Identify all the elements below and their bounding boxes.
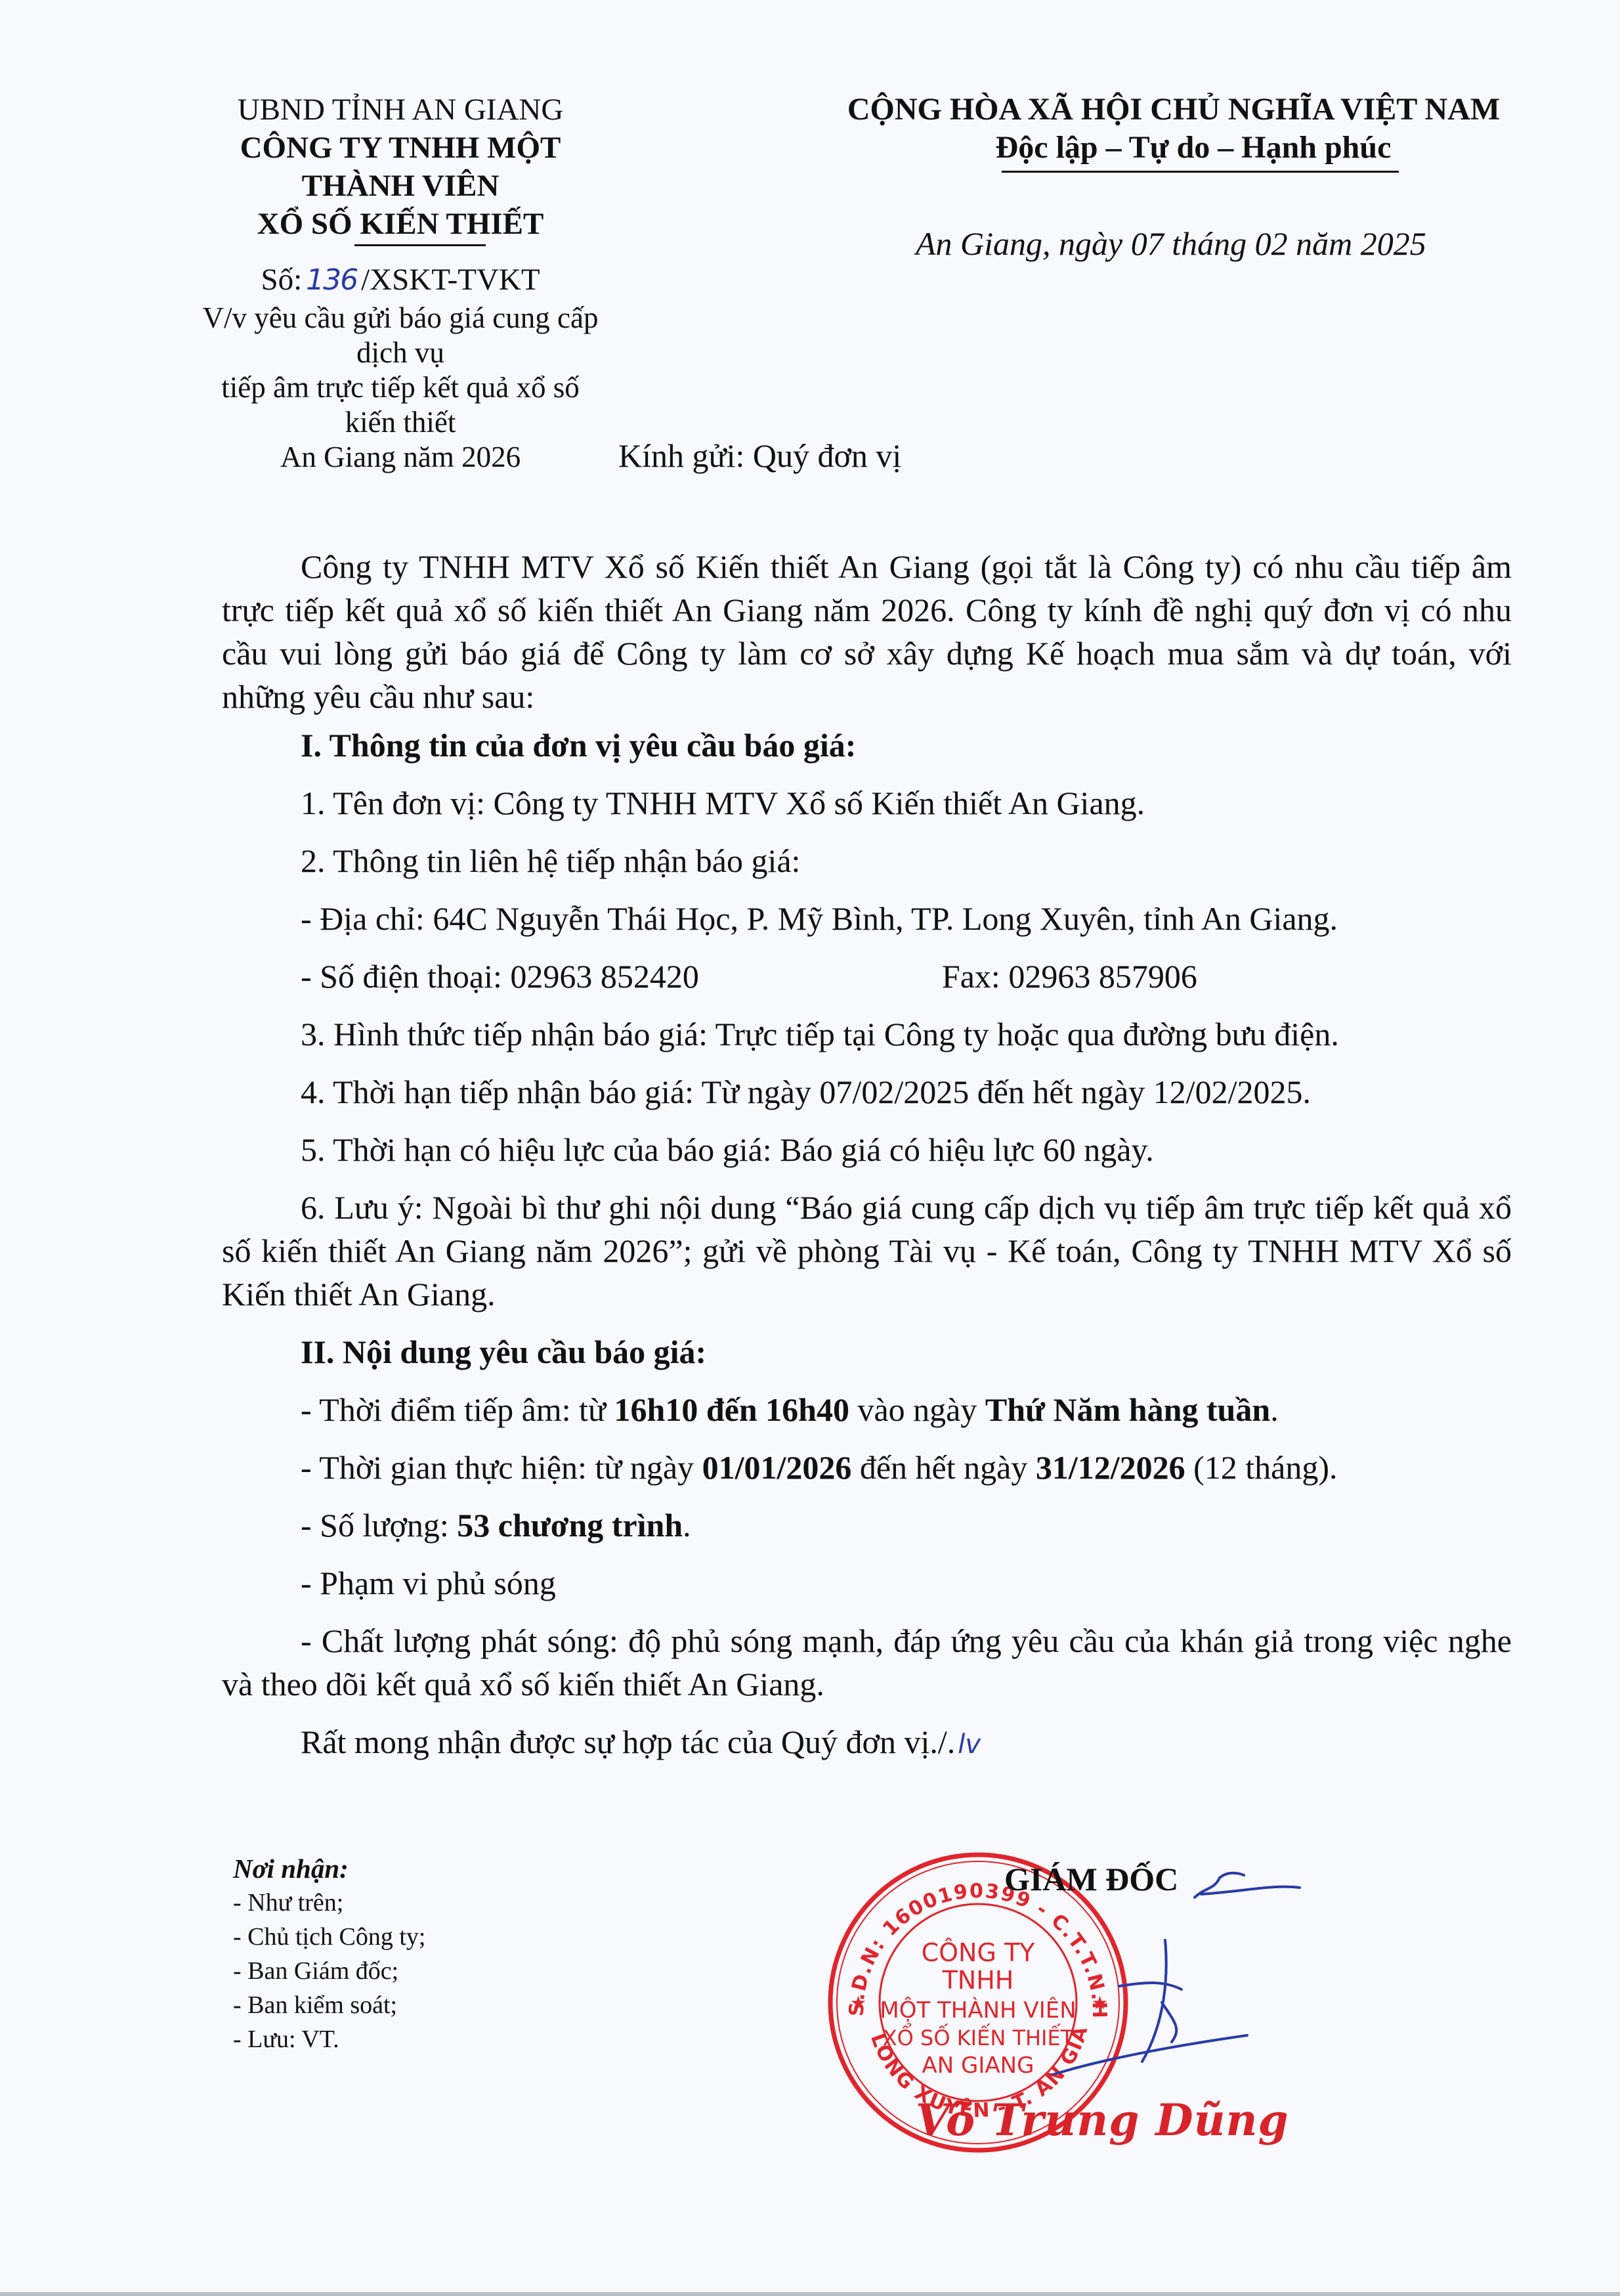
text: đến hết ngày <box>851 1449 1035 1486</box>
subject-line: tiếp âm trực tiếp kết quả xổ số kiến thi… <box>197 370 604 440</box>
document-page: UBND TỈNH AN GIANG CÔNG TY TNHH MỘT THÀN… <box>0 0 1620 2296</box>
motto-underline <box>1002 171 1399 173</box>
svg-text:★: ★ <box>850 1992 866 2014</box>
broadcast-day: Thứ Năm hàng tuần <box>985 1391 1270 1428</box>
broadcast-time: - Thời điểm tiếp âm: từ 16h10 đến 16h40 … <box>222 1388 1512 1431</box>
list-item: 5. Thời hạn có hiệu lực của báo giá: Báo… <box>222 1128 1512 1171</box>
header-underline <box>354 244 486 246</box>
list-item: 6. Lưu ý: Ngoài bì thư ghi nội dung “Báo… <box>222 1186 1512 1316</box>
quality: - Chất lượng phát sóng: độ phủ sóng mạnh… <box>222 1619 1512 1706</box>
recipients-list: Nơi nhận: - Như trên; - Chủ tịch Công ty… <box>233 1852 425 2056</box>
address-line: - Địa chỉ: 64C Nguyễn Thái Học, P. Mỹ Bì… <box>222 897 1512 940</box>
doc-number-suffix: /XSKT-TVKT <box>361 263 540 297</box>
subject-line: An Giang năm 2026 <box>197 440 604 475</box>
closing-line: Rất mong nhận được sự hợp tác của Quý đơ… <box>222 1720 1512 1766</box>
text: - Số lượng: <box>301 1507 457 1544</box>
doc-number-handwritten: 136 <box>302 263 361 297</box>
doc-number-prefix: Số: <box>261 263 302 297</box>
document-number: Số:136/XSKT-TVKT <box>197 261 604 299</box>
signer-name: Võ Trung Dũng <box>916 2094 1289 2146</box>
recipients-title: Nơi nhận: <box>233 1852 425 1886</box>
initial-mark: lv <box>958 1729 981 1760</box>
recipient-item: - Lưu: VT. <box>233 2022 425 2056</box>
list-item: 4. Thời hạn tiếp nhận báo giá: Từ ngày 0… <box>222 1070 1512 1114</box>
text: - Thời điểm tiếp âm: từ <box>301 1391 614 1428</box>
salutation: Kính gửi: Quý đơn vị <box>618 437 901 475</box>
fax-number: Fax: 02963 857906 <box>942 955 1197 998</box>
issuer-header: UBND TỈNH AN GIANG CÔNG TY TNHH MỘT THÀN… <box>197 91 604 475</box>
place-and-date: An Giang, ngày 07 tháng 02 năm 2025 <box>916 225 1426 263</box>
quantity: - Số lượng: 53 chương trình. <box>222 1504 1512 1547</box>
end-date: 31/12/2026 <box>1036 1449 1185 1486</box>
agency-name: UBND TỈNH AN GIANG <box>197 91 604 129</box>
national-motto: Độc lập – Tự do – Hạnh phúc <box>996 129 1392 167</box>
text: - Thời gian thực hiện: từ ngày <box>301 1449 702 1486</box>
letter-body: Công ty TNHH MTV Xổ số Kiến thiết An Gia… <box>222 545 1512 1766</box>
section-heading: I. Thông tin của đơn vị yêu cầu báo giá: <box>222 724 1512 767</box>
start-date: 01/01/2026 <box>702 1449 852 1486</box>
phone-number: - Số điện thoại: 02963 852420 <box>301 958 699 995</box>
recipient-item: - Như trên; <box>233 1886 425 1920</box>
contact-line: - Số điện thoại: 02963 852420Fax: 02963 … <box>222 955 1512 998</box>
coverage: - Phạm vi phủ sóng <box>222 1561 1512 1605</box>
recipient-item: - Ban Giám đốc; <box>233 1954 425 1988</box>
text: . <box>1270 1391 1279 1428</box>
text: . <box>683 1507 691 1544</box>
quantity-value: 53 chương trình <box>457 1507 683 1544</box>
text: (12 tháng). <box>1185 1449 1338 1486</box>
intro-paragraph: Công ty TNHH MTV Xổ số Kiến thiết An Gia… <box>222 545 1512 718</box>
scan-edge <box>0 2292 1620 2296</box>
list-item: 3. Hình thức tiếp nhận báo giá: Trực tiế… <box>222 1012 1512 1056</box>
nation-title: CỘNG HÒA XÃ HỘI CHỦ NGHĨA VIỆT NAM <box>826 91 1522 129</box>
list-item: 2. Thông tin liên hệ tiếp nhận báo giá: <box>222 839 1512 882</box>
section-heading: II. Nội dung yêu cầu báo giá: <box>222 1330 1512 1374</box>
handwritten-signature-icon <box>906 1825 1497 2075</box>
closing-text: Rất mong nhận được sự hợp tác của Quý đơ… <box>301 1723 955 1760</box>
subject-line: V/v yêu cầu gửi báo giá cung cấp dịch vụ <box>197 301 604 370</box>
execution-period: - Thời gian thực hiện: từ ngày 01/01/202… <box>222 1446 1512 1489</box>
company-name-line1: CÔNG TY TNHH MỘT THÀNH VIÊN <box>197 129 604 205</box>
national-header: CỘNG HÒA XÃ HỘI CHỦ NGHĨA VIỆT NAM Độc l… <box>826 91 1522 173</box>
recipient-item: - Ban kiểm soát; <box>233 1988 425 2022</box>
text: vào ngày <box>849 1391 985 1428</box>
time-range: 16h10 đến 16h40 <box>614 1391 849 1428</box>
list-item: 1. Tên đơn vị: Công ty TNHH MTV Xổ số Ki… <box>222 781 1512 825</box>
recipient-item: - Chủ tịch Công ty; <box>233 1920 425 1954</box>
company-name-line2: XỔ SỐ KIẾN THIẾT <box>197 205 604 243</box>
